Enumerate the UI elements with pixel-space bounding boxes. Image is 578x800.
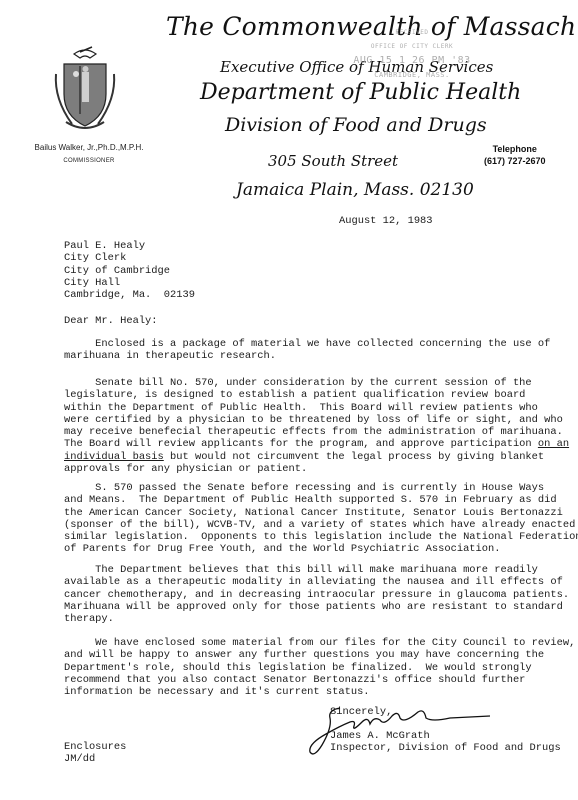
body-paragraph-2: Senate bill No. 570, under consideration…	[64, 377, 569, 475]
stamp-line-3: AUG 15 1 26 PM '83	[352, 54, 472, 68]
recipient-building: City Hall	[64, 277, 195, 289]
commissioner-title: COMMISSIONER	[22, 158, 156, 164]
body-paragraph-1: Enclosed is a package of material we hav…	[64, 338, 550, 363]
enclosures-label: Enclosures	[64, 741, 126, 753]
commissioner-name: Bailus Walker, Jr.,Ph.D.,M.P.H.	[22, 143, 156, 152]
letterhead-street: 305 South Street	[268, 152, 398, 170]
salutation: Dear Mr. Healy:	[64, 315, 158, 327]
commissioner-block: Bailus Walker, Jr.,Ph.D.,M.P.H. COMMISSI…	[22, 143, 156, 164]
recipient-org: City of Cambridge	[64, 265, 195, 277]
letterhead-city: Jamaica Plain, Mass. 02130	[236, 180, 474, 200]
signer-block: James A. McGrathInspector, Division of F…	[330, 730, 561, 755]
stamp-line-4: CAMBRIDGE, MASS.	[352, 68, 472, 82]
paragraph-2-text-a: Senate bill No. 570, under consideration…	[64, 377, 563, 450]
signer-name: James A. McGrath	[330, 730, 561, 742]
body-paragraph-3: S. 570 passed the Senate before recessin…	[64, 482, 578, 556]
letter-date: August 12, 1983	[339, 215, 433, 227]
paragraph-2-underline-2: individual basis	[64, 451, 164, 463]
recipient-title: City Clerk	[64, 252, 195, 264]
recipient-name: Paul E. Healy	[64, 240, 195, 252]
telephone-label: Telephone	[484, 143, 546, 155]
paragraph-2-underline-1: on an	[538, 438, 569, 450]
recipient-city: Cambridge, Ma. 02139	[64, 289, 195, 301]
enclosure-block: EnclosuresJM/dd	[64, 741, 126, 766]
letterhead-department: Department of Public Health	[200, 80, 521, 105]
telephone-block: Telephone (617) 727-2670	[484, 143, 546, 167]
commonwealth-seal-icon	[52, 44, 118, 134]
telephone-number: (617) 727-2670	[484, 155, 546, 167]
stamp-line-1: RECEIVED	[352, 26, 472, 40]
signer-title: Inspector, Division of Food and Drugs	[330, 742, 561, 754]
typist-initials: JM/dd	[64, 753, 126, 765]
body-paragraph-4: The Department believes that this bill w…	[64, 564, 569, 625]
body-paragraph-5: We have enclosed some material from our …	[64, 637, 575, 698]
recipient-address: Paul E. HealyCity ClerkCity of Cambridge…	[64, 240, 195, 301]
letterhead-division: Division of Food and Drugs	[225, 114, 487, 136]
received-stamp: RECEIVED OFFICE OF CITY CLERK AUG 15 1 2…	[352, 26, 472, 82]
stamp-line-2: OFFICE OF CITY CLERK	[352, 40, 472, 54]
